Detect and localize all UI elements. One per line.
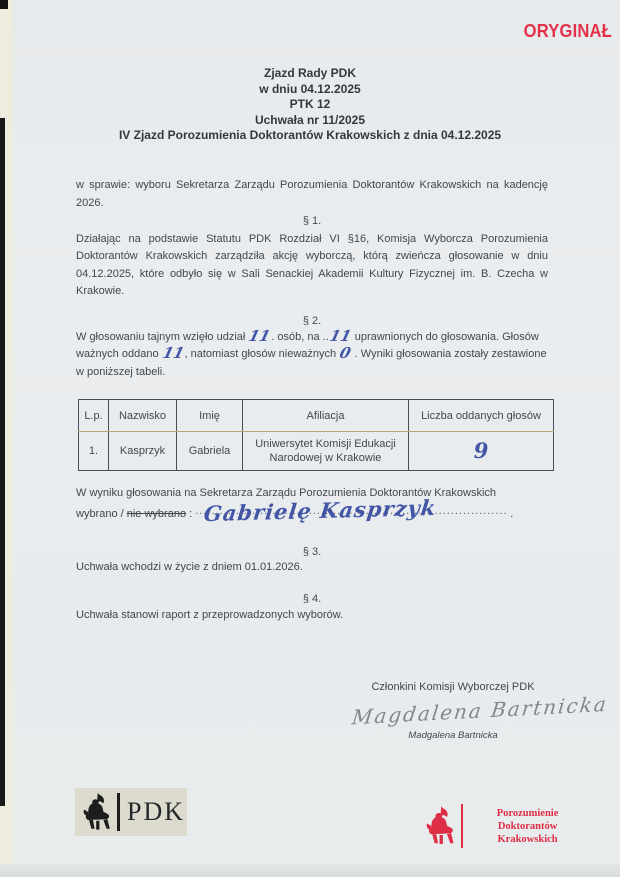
porozumienie-logo-line1: Porozumienie Doktorantów xyxy=(471,807,584,833)
pdk-logo: PDK xyxy=(75,788,187,836)
cell-surname: Kasprzyk xyxy=(109,432,177,471)
section-1-text: Działając na podstawie Statutu PDK Rozdz… xyxy=(76,231,548,300)
section-4-text: Uchwała stanowi raport z przeprowadzonyc… xyxy=(76,609,548,621)
porozumienie-logo-line2: Krakowskich xyxy=(471,833,584,846)
signatory-printed-name: Madgalena Bartnicka xyxy=(352,730,554,741)
section-3-text: Uchwała wchodzi w życie z dniem 01.01.20… xyxy=(76,561,548,573)
section-3-label: § 3. xyxy=(76,546,548,558)
table-header-row: L.p. Nazwisko Imię Afiliacja Liczba odda… xyxy=(79,400,554,432)
voting-results-table: L.p. Nazwisko Imię Afiliacja Liczba odda… xyxy=(78,399,554,471)
col-header-votes: Liczba oddanych głosów xyxy=(409,400,554,432)
signatory-role: Członkini Komisji Wyborczej PDK xyxy=(352,681,554,693)
handwritten-count-participants: 11 xyxy=(248,331,271,341)
s2-printed-4: , natomiast głosów nieważnych xyxy=(185,348,340,360)
lajkonik-red-icon xyxy=(424,803,457,849)
cell-votes: 9 xyxy=(409,432,554,471)
col-header-affiliation: Afiliacja xyxy=(243,400,409,432)
s2-printed-2: . osób, na .. xyxy=(271,331,328,343)
cell-firstname: Gabriela xyxy=(177,432,243,471)
s2-printed-1: W głosowaniu tajnym wzięło udział xyxy=(76,331,248,343)
header-line-resolution-number: Uchwała nr 11/2025 xyxy=(40,113,580,129)
section-2-text: W głosowaniu tajnym wzięło udział 11. os… xyxy=(76,329,548,381)
handwritten-vote-count: 9 xyxy=(474,438,489,463)
section-4-label: § 4. xyxy=(76,593,548,605)
scanned-document-page: ORYGINAŁ Zjazd Rady PDK w dniu 04.12.202… xyxy=(0,0,620,877)
col-header-surname: Nazwisko xyxy=(109,400,177,432)
lajkonik-icon xyxy=(81,792,113,832)
header-line-meeting: Zjazd Rady PDK xyxy=(40,66,580,82)
table-row: 1. Kasprzyk Gabriela Uniwersytet Komisji… xyxy=(79,432,554,471)
handwritten-elected-name: Gabrielę Kasprzyk xyxy=(203,495,438,526)
result-end-dot: . xyxy=(507,508,513,520)
header-line-date: w dniu 04.12.2025 xyxy=(40,82,580,98)
scan-bottom-edge xyxy=(0,864,620,877)
pdk-logo-divider xyxy=(117,793,120,831)
handwritten-count-eligible: 11 xyxy=(329,331,352,341)
porozumienie-logo-text: Porozumienie Doktorantów Krakowskich xyxy=(471,807,584,846)
section-1-label: § 1. xyxy=(76,215,548,227)
result-prefix: wybrano / xyxy=(76,508,127,520)
header-line-ptk: PTK 12 xyxy=(40,97,580,113)
signature-block: Członkini Komisji Wyborczej PDK Magdalen… xyxy=(352,681,554,741)
col-header-firstname: Imię xyxy=(177,400,243,432)
result-struck-option: nie wybrano xyxy=(127,508,186,520)
cell-affiliation: Uniwersytet Komisji Edukacji Narodowej w… xyxy=(243,432,409,471)
header-line-congress: IV Zjazd Porozumienia Doktorantów Krakow… xyxy=(40,128,580,144)
subject-paragraph: w sprawie: wyboru Sekretarza Zarządu Por… xyxy=(76,177,548,212)
pdk-logo-text: PDK xyxy=(127,797,185,827)
porozumienie-logo: Porozumienie Doktorantów Krakowskich xyxy=(424,799,584,853)
election-result-block: W wyniku głosowania na Sekretarza Zarząd… xyxy=(76,485,548,520)
handwritten-count-invalid: 0 xyxy=(339,348,352,358)
col-header-lp: L.p. xyxy=(79,400,109,432)
section-2-label: § 2. xyxy=(76,315,548,327)
original-stamp: ORYGINAŁ xyxy=(524,21,612,42)
porozumienie-logo-divider xyxy=(461,804,463,848)
scan-side-mark xyxy=(0,118,5,806)
handwritten-count-valid: 11 xyxy=(161,348,184,358)
scan-corner-mark xyxy=(0,0,8,9)
result-colon: : xyxy=(186,508,195,520)
cell-lp: 1. xyxy=(79,432,109,471)
document-header: Zjazd Rady PDK w dniu 04.12.2025 PTK 12 … xyxy=(40,66,580,144)
handwritten-signature: Magdalena Bartnicka xyxy=(351,695,556,730)
result-fill-line: wybrano / nie wybrano : ................… xyxy=(76,505,548,520)
